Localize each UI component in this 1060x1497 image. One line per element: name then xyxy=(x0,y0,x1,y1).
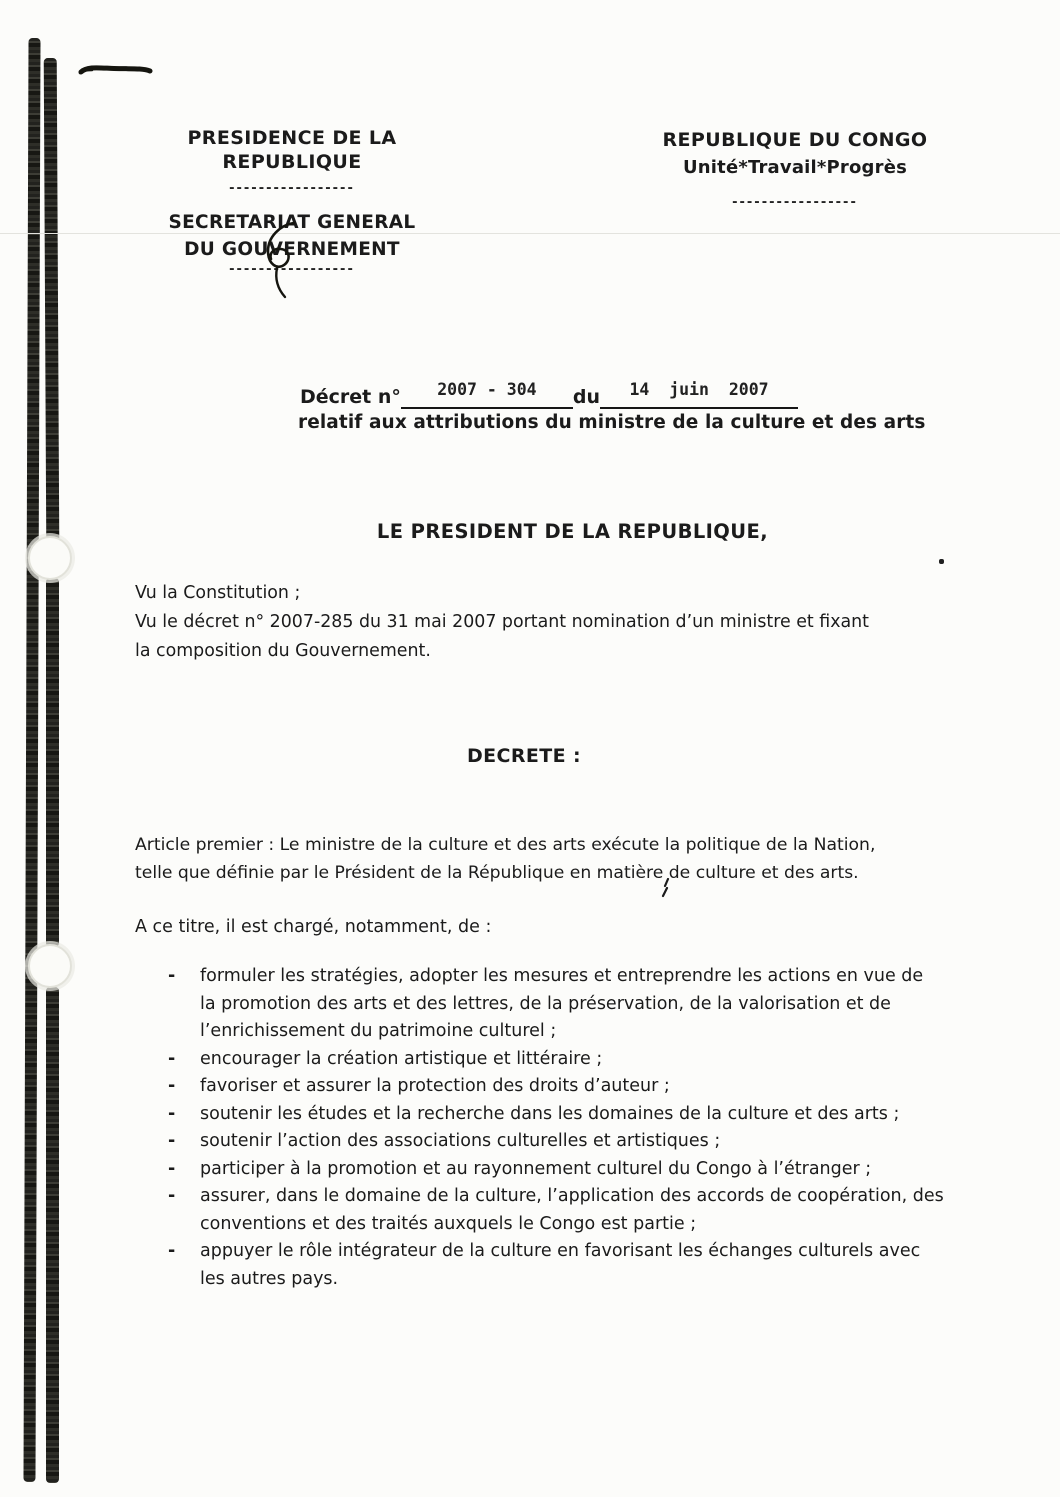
list-item: - formuler les stratégies, adopter les m… xyxy=(166,963,944,1046)
duty-text: formuler les stratégies, adopter les mes… xyxy=(200,966,923,1041)
decrete-heading: DECRETE : xyxy=(0,745,1048,767)
header-right-title: REPUBLIQUE DU CONGO xyxy=(652,128,938,152)
bullet-dash: - xyxy=(168,1183,175,1211)
decree-number-value: 2007 - 304 xyxy=(401,380,573,399)
header-left-title: PRESIDENCE DE LA REPUBLIQUE xyxy=(118,126,466,174)
list-item: - appuyer le rôle intégrateur de la cult… xyxy=(166,1238,944,1293)
duty-text: appuyer le rôle intégrateur de la cultur… xyxy=(200,1241,920,1289)
scan-binding-bar-right-top xyxy=(44,58,60,542)
list-item: - assurer, dans le domaine de la culture… xyxy=(166,1183,944,1238)
signature-scribble xyxy=(250,219,312,305)
header-right-divider: ----------------- xyxy=(652,196,938,210)
list-item: - soutenir l’action des associations cul… xyxy=(166,1128,944,1156)
list-item: - encourager la création artistique et l… xyxy=(166,1046,944,1074)
bullet-dash: - xyxy=(168,1046,175,1074)
ink-dash-mark xyxy=(78,58,156,82)
article-line: telle que définie par le Président de la… xyxy=(135,859,875,887)
decree-date-value: 14 juin 2007 xyxy=(600,380,798,399)
duty-text: assurer, dans le domaine de la culture, … xyxy=(200,1186,944,1234)
article-line: Article premier : Le ministre de la cult… xyxy=(135,831,875,859)
bullet-dash: - xyxy=(168,1073,175,1101)
bullet-dash: - xyxy=(168,1156,175,1184)
duty-text: participer à la promotion et au rayonnem… xyxy=(200,1159,871,1179)
bullet-dash: - xyxy=(168,1128,175,1156)
duties-list: - formuler les stratégies, adopter les m… xyxy=(166,963,944,1293)
document-title: LE PRESIDENT DE LA REPUBLIQUE, xyxy=(145,520,1000,543)
scan-binding-bar-right-bottom xyxy=(46,987,59,1483)
list-item: - soutenir les études et la recherche da… xyxy=(166,1101,944,1129)
decree-du-label: du xyxy=(573,386,600,409)
duty-text: favoriser et assurer la protection des d… xyxy=(200,1076,670,1096)
bullet-dash: - xyxy=(168,963,175,991)
header-right: REPUBLIQUE DU CONGO Unité*Travail*Progrè… xyxy=(652,128,938,210)
header-left-divider-1: ----------------- xyxy=(118,182,466,196)
visa-line: Vu le décret n° 2007-285 du 31 mai 2007 … xyxy=(135,608,869,637)
stray-ink-mark xyxy=(661,878,671,898)
decree-number-line: Décret n° 2007 - 304 du 14 juin 2007 xyxy=(300,362,798,409)
national-motto: Unité*Travail*Progrès xyxy=(652,157,938,178)
decree-subject: relatif aux attributions du ministre de … xyxy=(298,412,926,433)
visa-line: Vu la Constitution ; xyxy=(135,579,869,608)
bullet-dash: - xyxy=(168,1101,175,1129)
decree-date-blank: 14 juin 2007 xyxy=(600,362,798,409)
punch-hole-top xyxy=(28,536,72,580)
list-item: - favoriser et assurer la protection des… xyxy=(166,1073,944,1101)
decree-number-blank: 2007 - 304 xyxy=(401,362,573,409)
intro-line: A ce titre, il est chargé, notamment, de… xyxy=(135,917,491,937)
decree-label: Décret n° xyxy=(300,386,401,409)
scanned-decree-page: PRESIDENCE DE LA REPUBLIQUE ------------… xyxy=(0,0,1060,1497)
list-item: - participer à la promotion et au rayonn… xyxy=(166,1156,944,1184)
visa-paragraph: Vu la Constitution ; Vu le décret n° 200… xyxy=(135,579,869,666)
punch-hole-bottom xyxy=(28,944,72,988)
article-premier-paragraph: Article premier : Le ministre de la cult… xyxy=(135,831,875,887)
visa-line: la composition du Gouvernement. xyxy=(135,637,869,666)
bullet-dash: - xyxy=(168,1238,175,1266)
duty-text: soutenir les études et la recherche dans… xyxy=(200,1104,899,1124)
duty-text: soutenir l’action des associations cultu… xyxy=(200,1131,720,1151)
duty-text: encourager la création artistique et lit… xyxy=(200,1049,602,1069)
stray-ink-dot xyxy=(939,559,944,564)
